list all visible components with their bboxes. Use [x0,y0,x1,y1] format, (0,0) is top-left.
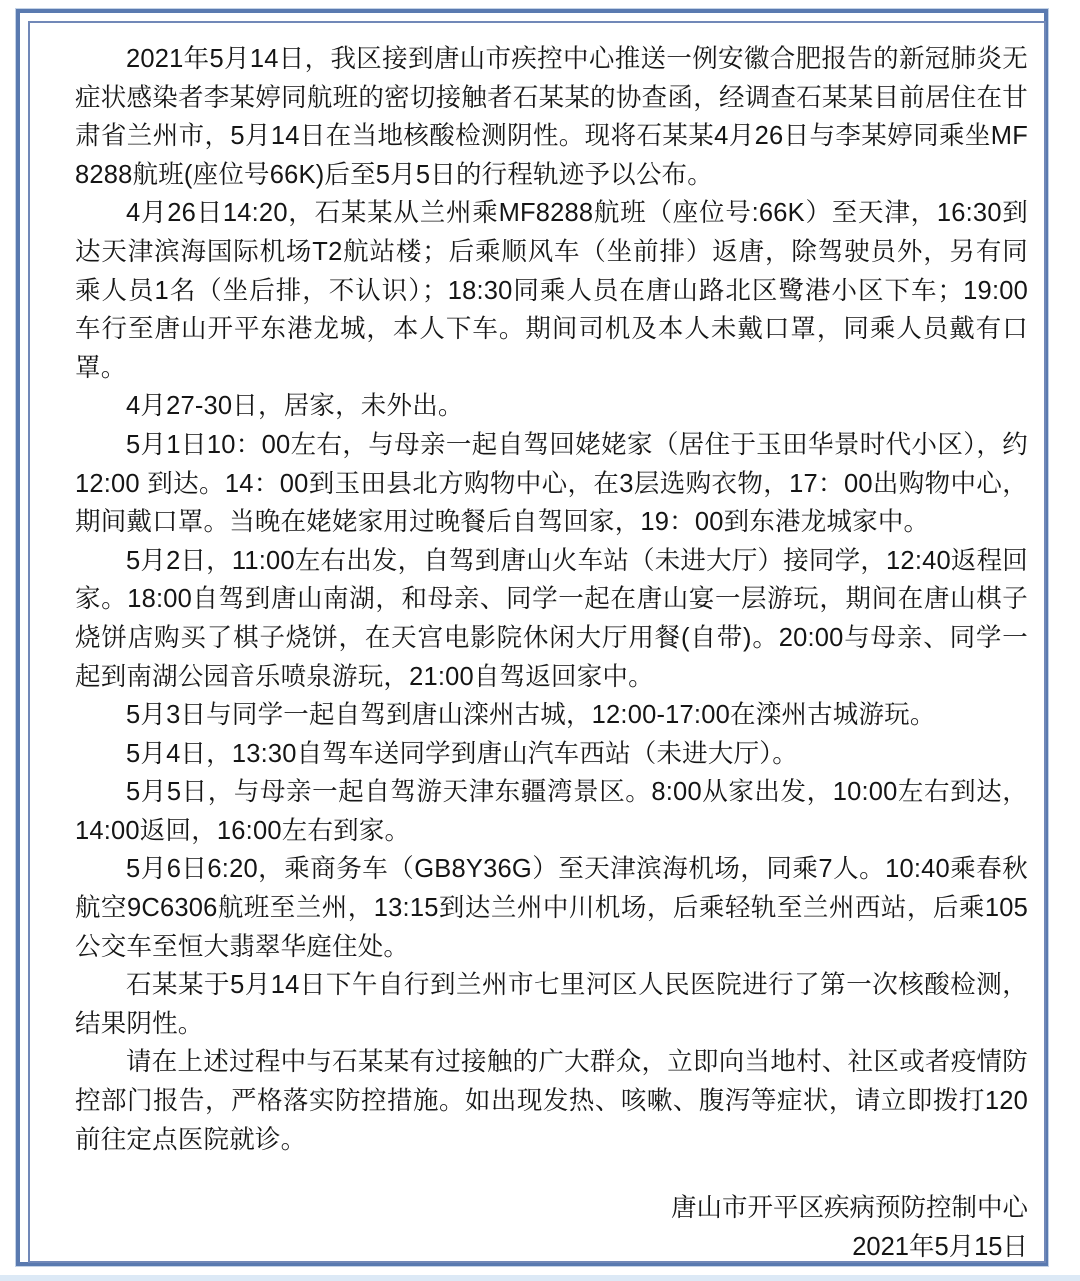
paragraph-may4: 5月4日，13:30自驾车送同学到唐山汽车西站（未进大厅）。 [75,735,1028,774]
paragraph-apr27-30: 4月27-30日，居家，未外出。 [75,387,1028,426]
paragraph-may6: 5月6日6:20，乘商务车（GB8Y36G）至天津滨海机场，同乘7人。10:40… [75,850,1028,966]
paragraph-intro: 2021年5月14日，我区接到唐山市疾控中心推送一例安徽合肥报告的新冠肺炎无症状… [75,40,1028,194]
notice-body: 2021年5月14日，我区接到唐山市疾控中心推送一例安徽合肥报告的新冠肺炎无症状… [75,40,1028,1266]
bottom-edge-strip [0,1275,1080,1281]
paragraph-may5: 5月5日，与母亲一起自驾游天津东疆湾景区。8:00从家出发，10:00左右到达，… [75,773,1028,850]
paragraph-may1: 5月1日10：00左右，与母亲一起自驾回姥姥家（居住于玉田华景时代小区），约12… [75,426,1028,542]
notice-page: { "page": { "background_color": "#ffffff… [0,0,1080,1281]
paragraph-nucleic-test: 石某某于5月14日下午自行到兰州市七里河区人民医院进行了第一次核酸检测，结果阴性… [75,966,1028,1043]
paragraph-may3: 5月3日与同学一起自驾到唐山滦州古城，12:00-17:00在滦州古城游玩。 [75,696,1028,735]
paragraph-may2: 5月2日，11:00左右出发，自驾到唐山火车站（未进大厅）接同学，12:40返程… [75,542,1028,696]
paragraph-advisory: 请在上述过程中与石某某有过接触的广大群众，立即向当地村、社区或者疫情防控部门报告… [75,1043,1028,1159]
signature-organization: 唐山市开平区疾病预防控制中心 [75,1189,1028,1228]
signature-block: 唐山市开平区疾病预防控制中心 2021年5月15日 [75,1189,1028,1266]
signature-date: 2021年5月15日 [75,1228,1028,1267]
paragraph-apr26: 4月26日14:20，石某某从兰州乘MF8288航班（座位号:66K）至天津，1… [75,194,1028,387]
